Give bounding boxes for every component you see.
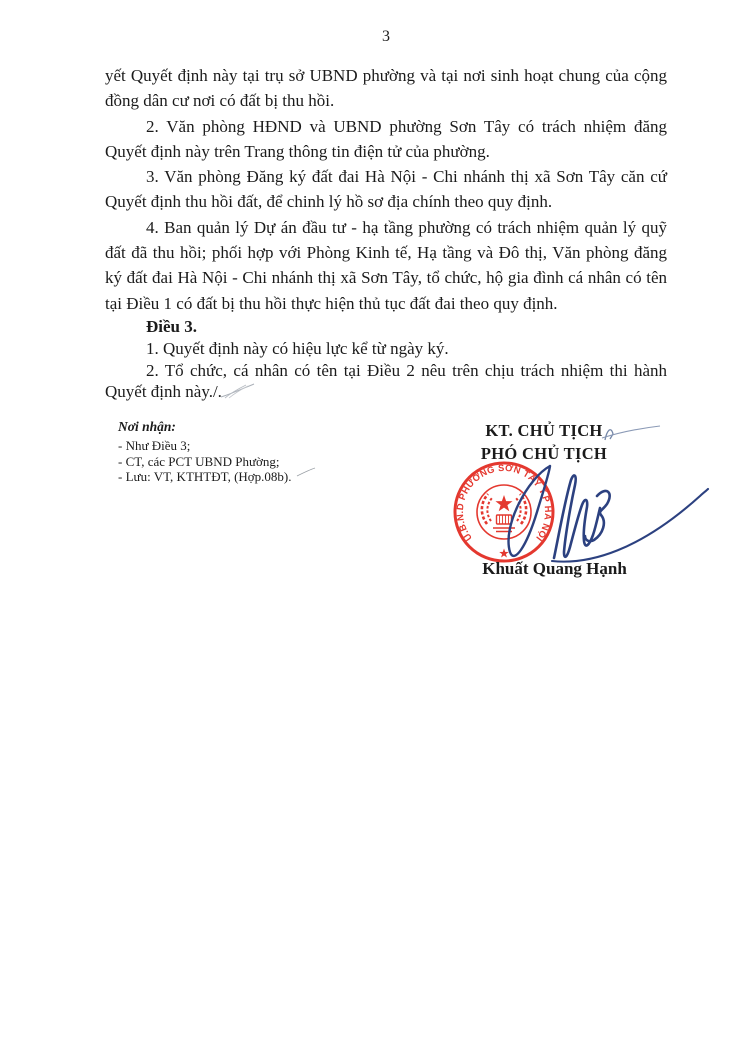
text-line: 2. Văn phòng HĐND và UBND phường Sơn Tây… xyxy=(105,114,667,139)
recipient-item: - Lưu: VT, KTHTĐT, (Hợp.08b). xyxy=(118,469,378,485)
signer-name: Khuất Quang Hạnh xyxy=(434,559,675,579)
text-line: yết Quyết định này tại trụ sở UBND phườn… xyxy=(105,63,667,88)
paraph-mark xyxy=(216,381,258,401)
recipients-block: Nơi nhận: - Như Điều 3;- CT, các PCT UBN… xyxy=(118,419,378,485)
recipients-list: - Như Điều 3;- CT, các PCT UBND Phường;-… xyxy=(118,438,378,485)
text-line: 3. Văn phòng Đăng ký đất đai Hà Nội - Ch… xyxy=(105,164,667,189)
text-line: ký đất đai Hà Nội - Chi nhánh thị xã Sơn… xyxy=(105,265,667,290)
recipients-title: Nơi nhận: xyxy=(118,419,378,435)
text-line: Quyết định này./. xyxy=(105,381,667,403)
page-number: 3 xyxy=(105,28,667,46)
document-body: yết Quyết định này tại trụ sở UBND phườn… xyxy=(105,63,667,403)
text-line: 1. Quyết định này có hiệu lực kể từ ngày… xyxy=(105,338,667,360)
recipient-item: - CT, các PCT UBND Phường; xyxy=(118,454,378,470)
text-line: Quyết định này trên Trang thông tin điện… xyxy=(105,139,667,164)
text-line: đất đã thu hồi; phối hợp với Phòng Kinh … xyxy=(105,240,667,265)
text-line: Điều 3. xyxy=(105,316,667,338)
text-line: 4. Ban quản lý Dự án đầu tư - hạ tầng ph… xyxy=(105,215,667,240)
paragraph: 4. Ban quản lý Dự án đầu tư - hạ tầng ph… xyxy=(105,215,667,316)
paragraph: yết Quyết định này tại trụ sở UBND phườn… xyxy=(105,63,667,114)
text-line: Quyết định thu hồi đất, để chinh lý hồ s… xyxy=(105,189,667,214)
handwritten-signature xyxy=(440,448,740,573)
text-line: 2. Tổ chức, cá nhân có tên tại Điều 2 nê… xyxy=(105,360,667,382)
paragraph: 2. Tổ chức, cá nhân có tên tại Điều 2 nê… xyxy=(105,360,667,404)
document-page: 3 yết Quyết định này tại trụ sở UBND phư… xyxy=(0,0,740,1046)
text-line: tại Điều 1 có đất bị thu hồi thực hiện t… xyxy=(105,291,667,316)
pen-tick-mark xyxy=(295,466,317,478)
recipient-item: - Như Điều 3; xyxy=(118,438,378,454)
paragraph: 1. Quyết định này có hiệu lực kể từ ngày… xyxy=(105,338,667,360)
paragraph: Điều 3. xyxy=(105,316,667,338)
paragraph: 2. Văn phòng HĐND và UBND phường Sơn Tây… xyxy=(105,114,667,165)
text-line: đồng dân cư nơi có đất bị thu hồi. xyxy=(105,88,667,113)
initial-paraph-mark xyxy=(597,419,663,445)
paragraph: 3. Văn phòng Đăng ký đất đai Hà Nội - Ch… xyxy=(105,164,667,215)
